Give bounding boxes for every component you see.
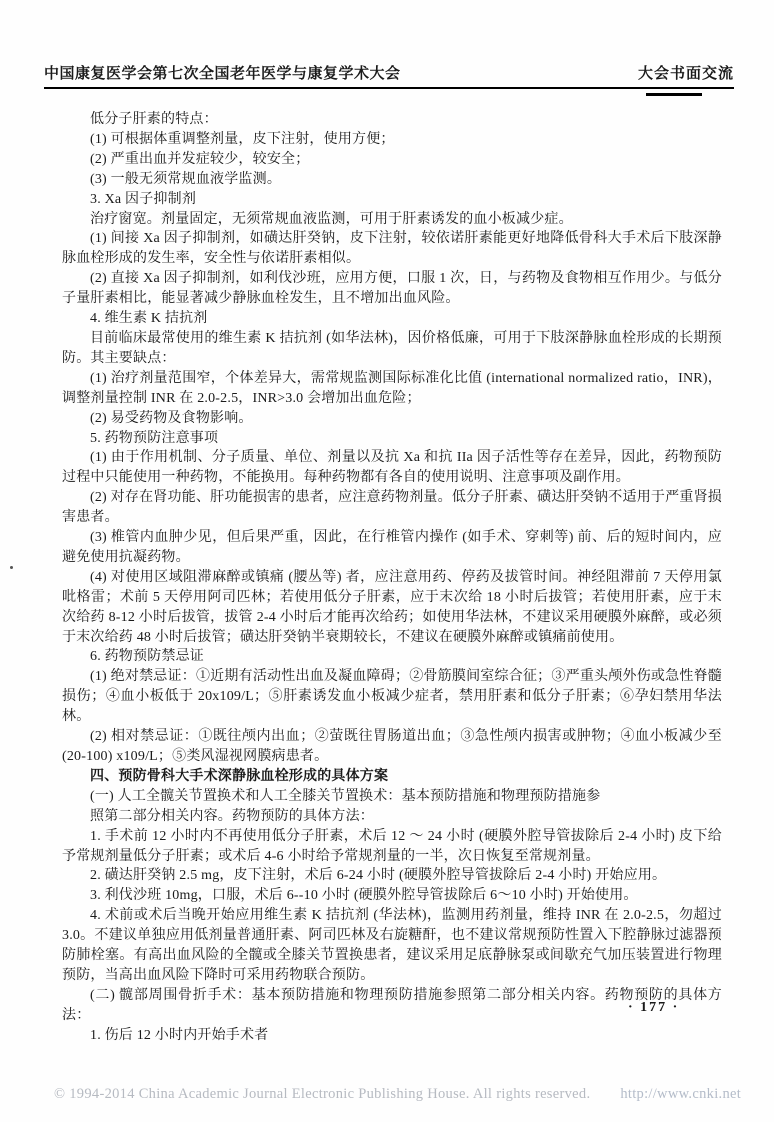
paragraph-18: 6. 药物预防禁忌证 — [62, 647, 722, 667]
paragraph-27: 4. 术前或术后当晚开始应用维生素 K 拮抗剂 (华法林)，监测用药剂量，维持 … — [62, 906, 722, 986]
paragraph-11: (1) 治疗剂量范围窄，个体差异大，需常规监测国际标准化比值 (internat… — [62, 369, 722, 409]
paragraph-12: (2) 易受药物及食物影响。 — [62, 409, 722, 429]
paragraph-7: (1) 间接 Xa 因子抑制剂，如磺达肝癸钠，皮下注射，较依诺肝素能更好地降低骨… — [62, 229, 722, 269]
paragraph-10: 目前临床最常使用的维生素 K 拮抗剂 (如华法林)，因价格低廉，可用于下肢深静脉… — [62, 329, 722, 369]
paragraph-2: (1) 可根据体重调整剂量，皮下注射，使用方便； — [62, 130, 722, 150]
paragraph-9: 4. 维生素 K 拮抗剂 — [62, 309, 722, 329]
paragraph-8: (2) 直接 Xa 因子抑制剂，如利伐沙班，应用方便，口服 1 次，日，与药物及… — [62, 269, 722, 309]
paragraph-3: (2) 严重出血并发症较少，较安全； — [62, 150, 722, 170]
copyright-text: © 1994-2014 China Academic Journal Elect… — [54, 1086, 590, 1102]
page-number: · 177 · — [628, 1000, 679, 1016]
header-accent-underline — [646, 93, 702, 96]
paragraph-16: (3) 椎管内血肿少见，但后果严重，因此，在行椎管内操作 (如手术、穿刺等) 前… — [62, 528, 722, 568]
paragraph-29: 1. 伤后 12 小时内开始手术者 — [62, 1026, 722, 1046]
paragraph-28: (二) 髋部周围骨折手术：基本预防措施和物理预防措施参照第二部分相关内容。药物预… — [62, 986, 722, 1026]
page-header: 中国康复医学会第七次全国老年医学与康复学术大会 大会书面交流 — [44, 62, 734, 89]
paragraph-26: 3. 利伐沙班 10mg，口服，术后 6--10 小时 (硬膜外腔导管拔除后 6… — [62, 886, 722, 906]
cnki-url-text: http://www.cnki.net — [620, 1086, 741, 1102]
paragraph-20: (2) 相对禁忌证：①既往颅内出血；②萤既往胃肠道出血；③急性颅内损害或肿物；④… — [62, 727, 722, 767]
paragraph-13: 5. 药物预防注意事项 — [62, 429, 722, 449]
document-body: 低分子肝素的特点：(1) 可根据体重调整剂量，皮下注射，使用方便；(2) 严重出… — [62, 110, 722, 1046]
paragraph-21: 四、预防骨科大手术深静脉血栓形成的具体方案 — [62, 767, 722, 787]
paragraph-19: (1) 绝对禁忌证：①近期有活动性出血及凝血障碍；②骨筋膜间室综合征；③严重头颅… — [62, 667, 722, 727]
paragraph-4: (3) 一般无须常规血液学监测。 — [62, 170, 722, 190]
paragraph-17: (4) 对使用区域阻滞麻醉或镇痛 (腰丛等) 者，应注意用药、停药及拔管时间。神… — [62, 568, 722, 648]
paragraph-22: (一) 人工全髋关节置换术和人工全膝关节置换术：基本预防措施和物理预防措施参 — [62, 787, 722, 807]
scanned-paper-page: 中国康复医学会第七次全国老年医学与康复学术大会 大会书面交流 低分子肝素的特点：… — [0, 0, 774, 1122]
paragraph-15: (2) 对存在肾功能、肝功能损害的患者，应注意药物剂量。低分子肝素、磺达肝癸钠不… — [62, 488, 722, 528]
paragraph-6: 治疗窗宽。剂量固定，无须常规血液监测，可用于肝素诱发的血小板减少症。 — [62, 210, 722, 230]
paragraph-24: 1. 手术前 12 小时内不再使用低分子肝素，术后 12 ～ 24 小时 (硬膜… — [62, 827, 722, 867]
paragraph-23: 照第二部分相关内容。药物预防的具体方法： — [62, 807, 722, 827]
paragraph-25: 2. 磺达肝癸钠 2.5 mg，皮下注射，术后 6-24 小时 (硬膜外腔导管拔… — [62, 866, 722, 886]
conference-title: 中国康复医学会第七次全国老年医学与康复学术大会 — [44, 62, 401, 83]
footer-copyright-bar: © 1994-2014 China Academic Journal Elect… — [54, 1086, 734, 1103]
paragraph-14: (1) 由于作用机制、分子质量、单位、剂量以及抗 Xa 和抗 IIa 因子活性等… — [62, 448, 722, 488]
scan-artifact-dot — [10, 566, 13, 569]
paragraph-5: 3. Xa 因子抑制剂 — [62, 190, 722, 210]
header-session-label: 大会书面交流 — [638, 62, 734, 83]
paragraph-1: 低分子肝素的特点： — [62, 110, 722, 130]
